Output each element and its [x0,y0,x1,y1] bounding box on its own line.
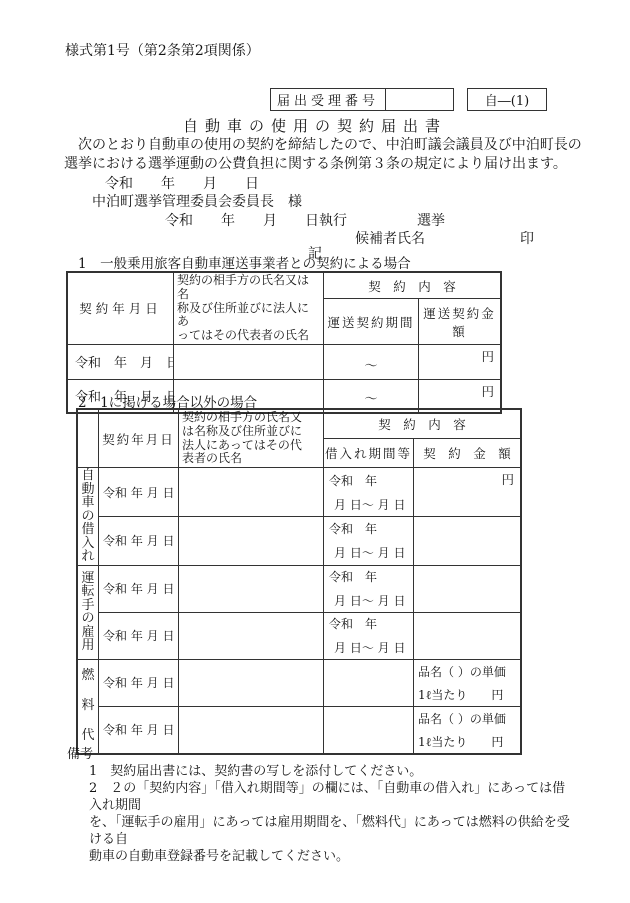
t2-g2r2-date: 令和 年 月 日 [99,612,179,659]
election-date-line: 令和 年 月 日執行 選挙 [165,210,445,230]
t2-g1r1-date: 令和 年 月 日 [99,468,179,517]
t1-col-date-header: 契約年月日 [68,273,174,345]
t1-col-content-header: 契 約 内 容 [324,273,501,299]
section1-heading: 1 一般乗用旅客自動車運送事業者との契約による場合 [78,252,411,272]
t2-g3r2-amount-line1: 品名（ ）の単価 [418,710,520,727]
t2-g3r1-party-cell [179,659,324,706]
t2-g2r1-period-line2: 月 日～ 月 日 [334,592,413,609]
t2-g3r1-amount: 品名（ ）の単価 1ℓ当たり 円 [414,659,521,706]
t1-row2-period: ～ [324,379,419,412]
t1-col-period-header: 運送契約期間 [324,299,419,345]
t2-col-party-header: 契約の相手方の氏名又 は名称及び住所並びに 法人にあってはその代 表者の氏名 [179,410,324,468]
notes-block: 備考 1 契約届出書には、契約書の写しを添付してください。 2 ２の「契約内容」… [67,746,577,865]
t1-row2-amount: 円 [419,379,501,412]
receipt-number-label: 届出受理番号 [271,89,386,110]
t2-g1r2-period-line2: 月 日～ 月 日 [334,544,413,561]
t2-g1r2-date: 令和 年 月 日 [99,516,179,565]
t2-g2r2-period-line1: 令和 年 [329,615,413,632]
t2-g1r2-period-line1: 令和 年 [329,520,413,537]
t2-g2r2-period-line2: 月 日～ 月 日 [334,639,413,656]
t2-g2r1-party-cell [179,565,324,612]
t2-corner-cell [78,410,99,468]
t2-col-amount-header: 契 約 金 額 [414,439,521,468]
t2-col-date-header: 契約年月日 [99,410,179,468]
t2-g3r1-period-cell [324,659,414,706]
contract-table-2: 契約年月日 契約の相手方の氏名又 は名称及び住所並びに 法人にあってはその代 表… [77,409,521,754]
t2-col-period-header: 借入れ期間等 [324,439,414,468]
t1-row1-period: ～ [324,344,419,379]
receipt-number-box: 届出受理番号 [270,88,454,111]
note-item-1: 1 契約届出書には、契約書の写しを添付してください。 [89,763,577,780]
t2-g3r1-date: 令和 年 月 日 [99,659,179,706]
t2-g2r2-period: 令和 年 月 日～ 月 日 [324,612,414,659]
note-item-2: 2 ２の「契約内容」「借入れ期間等」の欄には、「自動車の借入れ」にあっては借入れ… [89,780,577,865]
section2-heading: 2 1に掲げる場合以外の場合 [78,391,257,411]
t2-group3-label: 燃料代 [78,659,99,753]
document-page: 様式第1号（第2条第2項関係） 届出受理番号 自―(1) 自動車の使用の契約届出… [0,0,630,903]
t1-row1-party-cell [174,344,324,379]
t2-g1r1-period-line1: 令和 年 [329,472,413,489]
page-title: 自動車の使用の契約届出書 [0,115,630,136]
t2-g2r1-period: 令和 年 月 日～ 月 日 [324,565,414,612]
receipt-number-value [386,89,453,110]
t2-group2-label: 運転手の雇用 [78,565,99,659]
t2-g1r2-amount-cell [414,516,521,565]
intro-text: 次のとおり自動車の使用の契約を締結したので、中泊町議会議員及び中泊町長の 選挙に… [64,136,584,174]
t2-group1-label: 自動車の借入れ [78,468,99,566]
t2-col-content-header: 契 約 内 容 [324,410,521,439]
t1-col-amount-header: 運送契約金額 [419,299,501,345]
t2-g2r2-party-cell [179,612,324,659]
addressee-line: 中泊町選挙管理委員会委員長 様 [92,191,302,211]
t1-col-party-header: 契約の相手方の氏名又は名 称及び住所並びに法人にあ ってはその代表者の氏名 [174,273,324,345]
t1-row1-amount: 円 [419,344,501,379]
notes-title: 備考 [67,746,577,763]
t2-g1r1-period-line2: 月 日～ 月 日 [334,496,413,513]
form-id-box: 自―(1) [467,88,547,111]
t2-g3r1-amount-line2: 1ℓ当たり 円 [418,686,520,703]
t2-g1r1-amount: 円 [414,468,521,517]
t2-g2r1-amount-cell [414,565,521,612]
form-code: 様式第1号（第2条第2項関係） [65,40,260,60]
t2-g1r2-period: 令和 年 月 日～ 月 日 [324,516,414,565]
t1-row1-date: 令和 年 月 日 [68,344,174,379]
t2-g1r1-party-cell [179,468,324,517]
t2-g1r2-party-cell [179,516,324,565]
t2-g2r1-period-line1: 令和 年 [329,568,413,585]
t2-g3r1-amount-line1: 品名（ ）の単価 [418,663,520,680]
t2-g1r1-period: 令和 年 月 日～ 月 日 [324,468,414,517]
t2-g2r1-date: 令和 年 月 日 [99,565,179,612]
submission-date-line: 令和 年 月 日 [105,173,259,193]
t2-g2r2-amount-cell [414,612,521,659]
